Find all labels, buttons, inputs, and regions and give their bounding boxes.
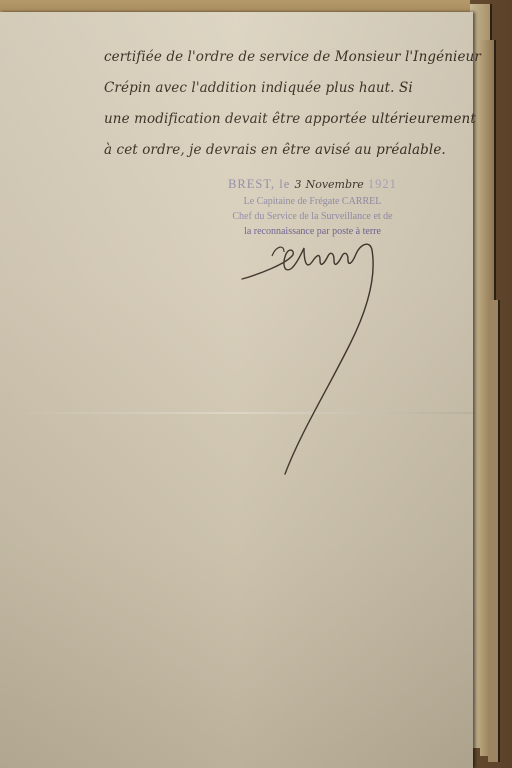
stamp-year: 1921: [368, 177, 397, 191]
stamp-day: 3: [294, 178, 301, 191]
stamp-place: BREST, le: [228, 177, 290, 191]
official-stamp: BREST, le 3 Novembre 1921 Le Capitaine d…: [205, 175, 420, 239]
stacked-sheet-edge: [488, 300, 500, 762]
document-page: certifiée de l'ordre de service de Monsi…: [0, 12, 473, 768]
handwritten-line: certifiée de l'ordre de service de Monsi…: [104, 42, 476, 73]
handwritten-line: Crépin avec l'addition indiquée plus hau…: [104, 73, 476, 104]
handwritten-paragraph: certifiée de l'ordre de service de Monsi…: [104, 42, 476, 166]
handwritten-line: à cet ordre, je devrais en être avisé au…: [104, 135, 476, 166]
stamp-title-line: Le Capitaine de Frégate CARREL: [205, 194, 420, 209]
underlying-paper-edge: [0, 0, 470, 12]
stamp-month: Novembre: [306, 178, 364, 191]
stamp-date-line: BREST, le 3 Novembre 1921: [205, 175, 420, 194]
stamp-service-line: Chef du Service de la Surveillance et de: [205, 209, 420, 224]
signature: [230, 234, 390, 484]
handwritten-line: une modification devait être apportée ul…: [104, 104, 476, 135]
